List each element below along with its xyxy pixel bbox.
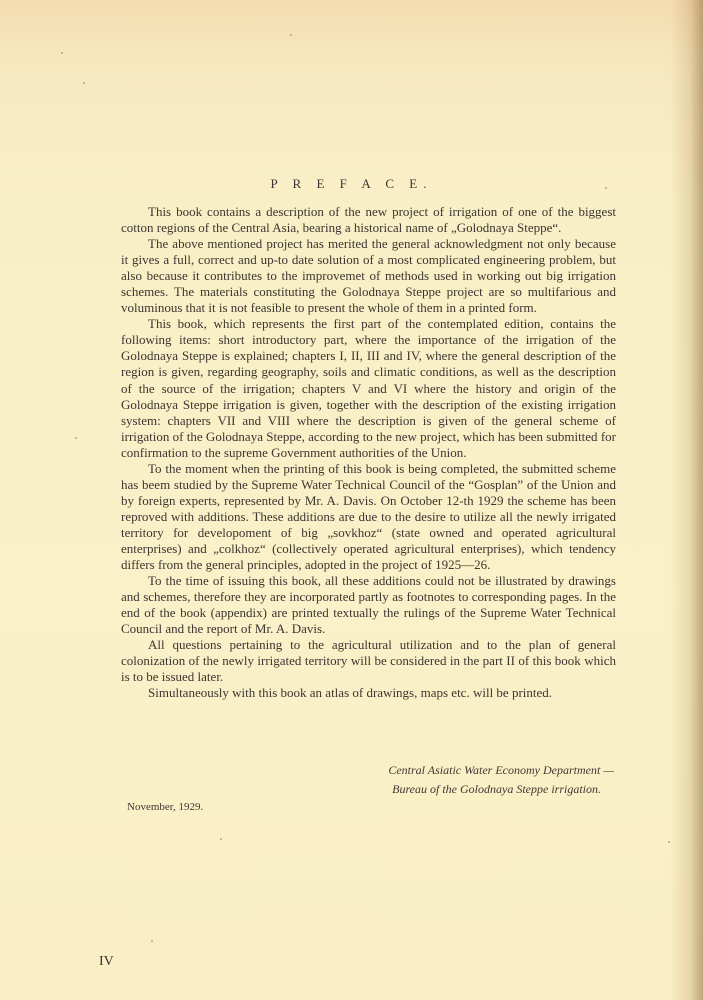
paper-speck (83, 82, 85, 84)
signature-line-2: Bureau of the Golodnaya Steppe irrigatio… (0, 782, 601, 797)
paragraph: This book, which represents the first pa… (121, 316, 616, 460)
date-line: November, 1929. (127, 801, 203, 813)
paper-speck (61, 52, 63, 54)
signature-line-1: Central Asiatic Water Economy Department… (0, 763, 614, 778)
paragraph: The above mentioned project has merited … (121, 236, 616, 316)
paragraph: All questions pertaining to the agricult… (121, 637, 616, 685)
paper-speck (151, 940, 153, 942)
paper-speck (75, 437, 77, 439)
document-page: P R E F A C E. This book contains a desc… (0, 0, 703, 1000)
preface-body: This book contains a description of the … (121, 204, 616, 701)
page-number: IV (99, 954, 114, 970)
paragraph: To the time of issuing this book, all th… (121, 573, 616, 637)
paper-speck (605, 187, 607, 189)
paper-speck (220, 838, 222, 840)
paragraph: Simultaneously with this book an atlas o… (121, 685, 616, 701)
paragraph: To the moment when the printing of this … (121, 461, 616, 573)
paragraph: This book contains a description of the … (121, 204, 616, 236)
page-title: P R E F A C E. (0, 176, 703, 192)
paper-speck (668, 841, 670, 843)
paper-speck (290, 34, 292, 36)
